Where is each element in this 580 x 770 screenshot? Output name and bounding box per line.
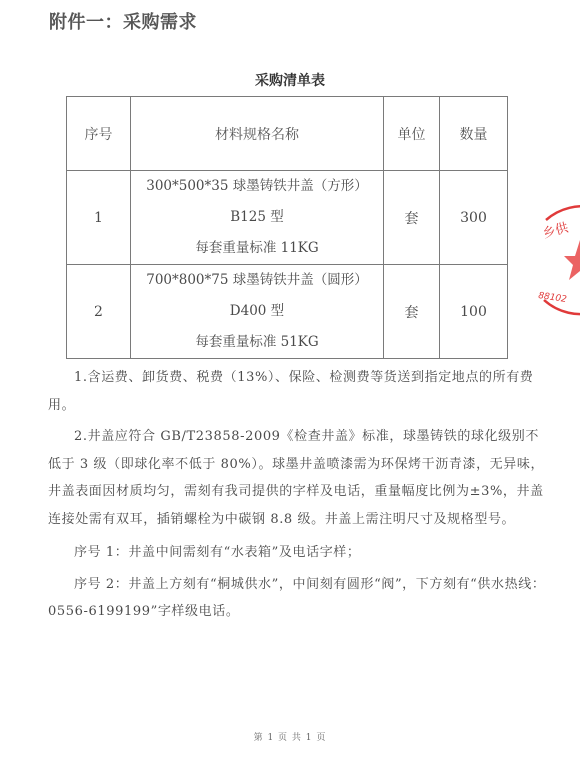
- row-spec: 700*800*75 球墨铸铁井盖（圆形） D400 型 每套重量标准 51KG: [131, 265, 384, 359]
- spec-line: B125 型: [131, 202, 383, 233]
- row-quantity: 300: [440, 171, 508, 265]
- spec-line: 700*800*75 球墨铸铁井盖（圆形）: [131, 265, 383, 296]
- header-quantity: 数量: [440, 97, 508, 171]
- note-1: 1.含运费、卸货费、税费（13%）、保险、检测费等货送到指定地点的所有费用。: [48, 364, 548, 419]
- procurement-table: 序号 材料规格名称 单位 数量 1 300*500*35 球墨铸铁井盖（方形） …: [66, 96, 508, 359]
- row-quantity: 100: [440, 265, 508, 359]
- table-header-row: 序号 材料规格名称 单位 数量: [67, 97, 508, 171]
- table-row: 2 700*800*75 球墨铸铁井盖（圆形） D400 型 每套重量标准 51…: [67, 265, 508, 359]
- row-index: 2: [67, 265, 131, 359]
- row-index: 1: [67, 171, 131, 265]
- page-heading: 附件一：采购需求: [49, 8, 197, 34]
- table-title: 采购清单表: [0, 70, 580, 90]
- note-2: 2.井盖应符合 GB/T23858-2009《检查井盖》标准，球墨铸铁的球化级别…: [48, 423, 548, 533]
- table-row: 1 300*500*35 球墨铸铁井盖（方形） B125 型 每套重量标准 11…: [67, 171, 508, 265]
- svg-text:88102: 88102: [538, 291, 568, 305]
- note-item-2: 序号 2：井盖上方刻有“桐城供水”，中间刻有圆形“阀”，下方刻有“供水热线：05…: [48, 571, 548, 626]
- company-seal-icon: 乡供 88102: [536, 200, 580, 320]
- page-footer: 第 1 页 共 1 页: [0, 730, 580, 743]
- note-item-1: 序号 1：井盖中间需刻有“水表箱”及电话字样；: [48, 539, 548, 567]
- svg-text:乡供: 乡供: [541, 220, 571, 241]
- spec-line: 300*500*35 球墨铸铁井盖（方形）: [131, 171, 383, 202]
- row-spec: 300*500*35 球墨铸铁井盖（方形） B125 型 每套重量标准 11KG: [131, 171, 384, 265]
- spec-line: 每套重量标准 51KG: [131, 327, 383, 358]
- spec-line: D400 型: [131, 296, 383, 327]
- header-spec: 材料规格名称: [131, 97, 384, 171]
- row-unit: 套: [384, 171, 440, 265]
- header-index: 序号: [67, 97, 131, 171]
- spec-line: 每套重量标准 11KG: [131, 233, 383, 264]
- row-unit: 套: [384, 265, 440, 359]
- requirements-notes: 1.含运费、卸货费、税费（13%）、保险、检测费等货送到指定地点的所有费用。 2…: [48, 364, 548, 630]
- header-unit: 单位: [384, 97, 440, 171]
